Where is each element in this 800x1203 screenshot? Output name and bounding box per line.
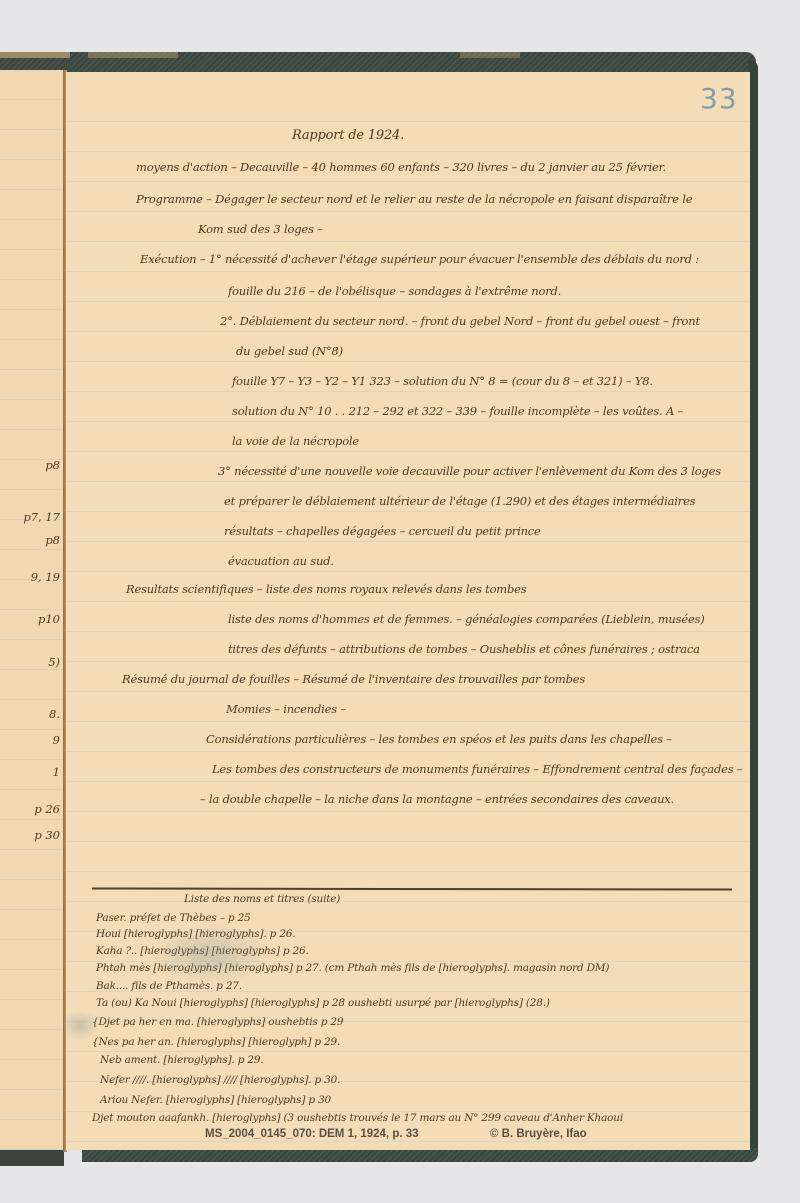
report-line: – la double chapelle – la niche dans la … xyxy=(200,792,674,806)
names-list-entry: Nefer ////. [hieroglyphs] //// [hierogly… xyxy=(100,1074,340,1086)
report-line: Résumé du journal de fouilles – Résumé d… xyxy=(122,672,585,686)
report-line: Les tombes des constructeurs de monument… xyxy=(212,762,742,776)
page-number: 33 xyxy=(700,82,738,115)
names-list-heading: Liste des noms et titres (suite) xyxy=(184,893,340,905)
report-line: titres des défunts – attributions de tom… xyxy=(228,642,700,656)
names-list-entry: Ariou Nefer. [hieroglyphs] [hieroglyphs]… xyxy=(100,1094,331,1106)
names-list-entry: {Nes pa her an. [hieroglyphs] [hieroglyp… xyxy=(92,1036,340,1048)
report-line: Resultats scientifiques – liste des noms… xyxy=(126,582,526,596)
left-page-note: 9, 19 xyxy=(31,570,60,584)
notebook-cover-bottom-left xyxy=(0,1148,64,1166)
report-line: 3° nécessité d'une nouvelle voie decauvi… xyxy=(218,464,721,478)
left-page-note: 1 xyxy=(53,765,60,779)
names-list-entry: {Djet pa her en ma. [hieroglyphs] ousheb… xyxy=(92,1016,343,1028)
names-list-entry: Paser. préfet de Thèbes – p 25 xyxy=(96,912,251,924)
cover-wear xyxy=(88,52,178,58)
report-line: Kom sud des 3 loges – xyxy=(198,222,323,236)
left-page-note: p8 xyxy=(45,458,60,472)
report-line: solution du N° 10 . . 212 – 292 et 322 –… xyxy=(232,404,683,418)
left-page-note: p 26 xyxy=(34,802,60,816)
left-page xyxy=(0,70,64,1150)
water-stain xyxy=(60,1010,100,1040)
names-list-entry: Djet mouton aaafankh. [hieroglyphs] (3 o… xyxy=(92,1112,623,1124)
report-line: résultats – chapelles dégagées – cercuei… xyxy=(224,524,541,538)
notebook-cover-top xyxy=(0,52,756,74)
report-line: du gebel sud (N°8) xyxy=(236,344,343,358)
image-reference: MS_2004_0145_070: DEM 1, 1924, p. 33 xyxy=(205,1128,419,1140)
report-title: Rapport de 1924. xyxy=(292,128,404,143)
report-line: la voie de la nécropole xyxy=(232,434,359,448)
left-page-note: p10 xyxy=(38,612,60,626)
names-list-entry: Ta (ou) Ka Noui [hieroglyphs] [hieroglyp… xyxy=(96,997,550,1009)
report-line: fouille Y7 – Y3 – Y2 – Y1 323 – solution… xyxy=(232,374,653,388)
report-line: Programme – Dégager le secteur nord et l… xyxy=(136,192,692,206)
report-line: Momies – incendies – xyxy=(226,702,346,716)
left-page-note: p7, 17 xyxy=(23,510,60,524)
report-line: évacuation au sud. xyxy=(228,554,334,568)
water-stain xyxy=(150,925,270,985)
report-line: et préparer le déblaiement ultérieur de … xyxy=(224,494,695,508)
report-line: fouille du 216 – de l'obélisque – sondag… xyxy=(228,284,561,298)
report-line: Considérations particulières – les tombe… xyxy=(206,732,672,746)
names-list-entry: Neb ament. [hieroglyphs]. p 29. xyxy=(100,1054,264,1066)
report-line: Exécution – 1° nécessité d'achever l'éta… xyxy=(140,252,699,266)
cover-wear xyxy=(0,52,70,58)
left-page-note: p 30 xyxy=(34,828,60,842)
report-line: moyens d'action – Decauville – 40 hommes… xyxy=(136,160,666,174)
left-page-note: p8 xyxy=(45,533,60,547)
left-page-note: 8. xyxy=(49,707,60,721)
report-line: 2°. Déblaiement du secteur nord. – front… xyxy=(220,314,700,328)
left-page-note: 9 xyxy=(53,733,60,747)
cover-wear xyxy=(460,52,520,58)
left-page-note: 5) xyxy=(48,655,60,669)
report-line: liste des noms d'hommes et de femmes. – … xyxy=(228,612,705,626)
copyright-notice: © B. Bruyère, Ifao xyxy=(490,1128,587,1140)
notebook-cover-bottom xyxy=(82,1148,758,1162)
